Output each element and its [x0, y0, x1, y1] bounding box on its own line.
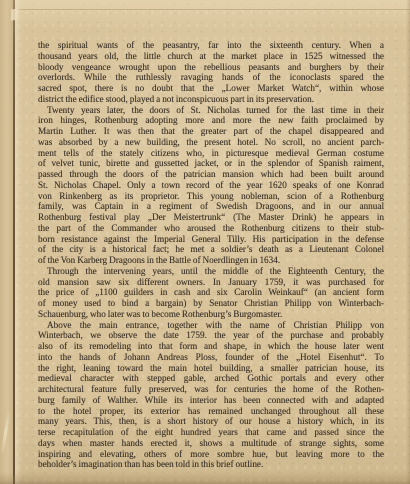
text-line: Winterbach, we observe the date 1759. th…: [38, 330, 384, 341]
text-line: St. Nicholas Chapel. Only a town record …: [38, 180, 384, 191]
text-line: also of its remodeling into that form an…: [38, 341, 384, 352]
text-line: born resistance against the Imperial Gen…: [38, 234, 384, 245]
text-line: Twenty years later, the doors of St. Nic…: [38, 105, 384, 116]
text-line: medieval character with stepped gable, a…: [38, 373, 384, 384]
scanned-book-page: the spiritual wants of the peasantry, fa…: [0, 0, 410, 484]
text-line: the spiritual wants of the peasantry, fa…: [38, 40, 384, 51]
text-line: overlords. While the ruthlessly ravaging…: [38, 72, 384, 83]
text-line: thousand years old, the little church at…: [38, 51, 384, 62]
text-line: bloody vengeance wrought upon the rebell…: [38, 62, 384, 73]
text-line: Rothenburg festival play „Der Meistertru…: [38, 212, 384, 223]
text-line: the price of „1100 guilders in cash and …: [38, 287, 384, 298]
text-line: sacred spot, there is no doubt that the …: [38, 83, 384, 94]
text-line: was absorbed by a new building, the pres…: [38, 137, 384, 148]
text-line: of money used to bind a bargain) by Sena…: [38, 298, 384, 309]
text-line: Through the intervening years, until the…: [38, 266, 384, 277]
right-edge-shadow: [406, 0, 410, 484]
page-top-edge-highlight: [0, 0, 410, 9]
text-line: von Rinkenberg as its proprietor. This y…: [38, 191, 384, 202]
top-left-fold-notch: [11, 8, 18, 20]
text-line: many years. This, then, is a short histo…: [38, 416, 384, 427]
left-crease-highlight: [15, 0, 23, 484]
text-line: terse recapitulation of the eight hundre…: [38, 427, 384, 438]
text-line: district the edifice stood, played a not…: [38, 94, 384, 105]
text-line: burg family of Walther. While its interi…: [38, 395, 384, 406]
text-line: to the hotel proper, its exterior has re…: [38, 406, 384, 417]
text-line: ment tells of the stately citizens who, …: [38, 148, 384, 159]
text-line: architectural feature fully preserved, w…: [38, 384, 384, 395]
text-line: of the city is a historical fact; he met…: [38, 244, 384, 255]
text-line: beholder’s imagination than has been tol…: [38, 459, 384, 470]
text-line: of velvet tunic, birette and gussetted j…: [38, 158, 384, 169]
text-line: Schauenburg, who later was to become Rot…: [38, 309, 384, 320]
text-line: old mansion saw six different owners. In…: [38, 277, 384, 288]
text-line: family, was Captain in a regiment of Swe…: [38, 201, 384, 212]
text-line: days when master hands erected it, shows…: [38, 438, 384, 449]
text-line: the right, leaning toward the main hotel…: [38, 363, 384, 374]
text-line: Martin Luther. It was then that the grea…: [38, 126, 384, 137]
text-line: Above the main entrance, together with t…: [38, 320, 384, 331]
text-line: into the hands of Johann Andreas Ploss, …: [38, 352, 384, 363]
text-line: the part of the Commander who aroused th…: [38, 223, 384, 234]
page-top-edge-line: [14, 9, 410, 10]
text-line: of the Von Karberg Dragoons in the Battl…: [38, 255, 384, 266]
text-line: passed through the doors of the patricia…: [38, 169, 384, 180]
text-line: inspiring and elevating, others of more …: [38, 449, 384, 460]
text-line: iron hinges, Rothenburg adopting more an…: [38, 115, 384, 126]
page-text: the spiritual wants of the peasantry, fa…: [38, 40, 384, 470]
bottom-edge-shadow: [0, 472, 410, 484]
